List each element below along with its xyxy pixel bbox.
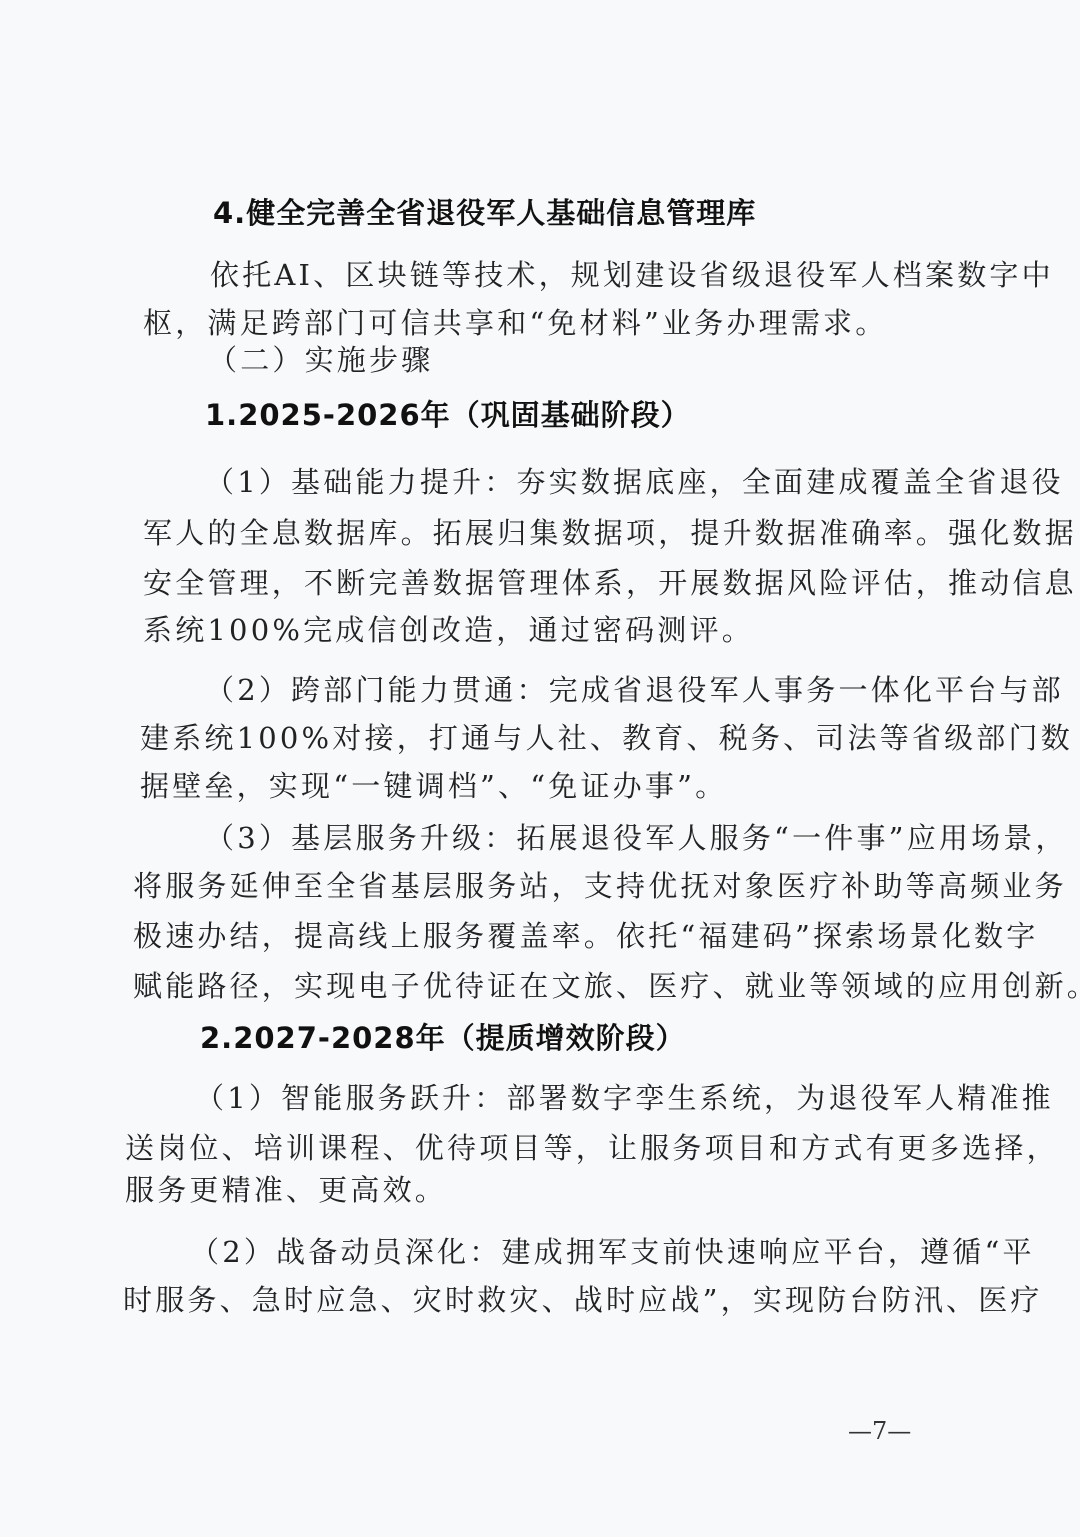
paragraph-line: （2）战备动员深化：建成拥军支前快速响应平台，遵循“平 <box>190 1232 1035 1272</box>
paragraph-line: 依托AI、区块链等技术，规划建设省级退役军人档案数字中 <box>210 255 1054 295</box>
section-heading-4: 4.健全完善全省退役军人基础信息管理库 <box>213 193 756 233</box>
phase-heading-2: 2.2027-2028年（提质增效阶段） <box>200 1018 686 1058</box>
paragraph-line: 安全管理，不断完善数据管理体系，开展数据风险评估，推动信息 <box>143 563 1077 603</box>
paragraph-line: （2）跨部门能力贯通：完成省退役军人事务一体化平台与部 <box>205 670 1064 710</box>
paragraph-line: （1）智能服务跃升：部署数字孪生系统，为退役军人精准推 <box>195 1078 1054 1118</box>
paragraph-line: （1）基础能力提升：夯实数据底座，全面建成覆盖全省退役 <box>205 462 1064 502</box>
page-number: —7— <box>848 1416 911 1446</box>
paragraph-line: 时服务、急时应急、灾时救灾、战时应战”，实现防台防汛、医疗 <box>123 1280 1043 1320</box>
paragraph-line: 系统100%完成信创改造，通过密码测评。 <box>143 610 754 650</box>
paragraph-line: 军人的全息数据库。拓展归集数据项，提升数据准确率。强化数据 <box>143 513 1077 553</box>
paragraph-line: 据壁垒，实现“一键调档”、“免证办事”。 <box>140 766 727 806</box>
paragraph-line: （3）基层服务升级：拓展退役军人服务“一件事”应用场景， <box>205 818 1068 858</box>
paragraph-line: 将服务延伸至全省基层服务站，支持优抚对象医疗补助等高频业务 <box>133 866 1067 906</box>
paragraph-line: 极速办结，提高线上服务覆盖率。依托“福建码”探索场景化数字 <box>133 916 1038 956</box>
paragraph-line: 送岗位、培训课程、优待项目等，让服务项目和方式有更多选择， <box>125 1128 1059 1168</box>
phase-heading-1: 1.2025-2026年（巩固基础阶段） <box>205 395 691 435</box>
paragraph-line: 枢，满足跨部门可信共享和“免材料”业务办理需求。 <box>143 303 887 343</box>
paragraph-line: 赋能路径，实现电子优待证在文旅、医疗、就业等领域的应用创新。 <box>133 966 1080 1006</box>
paragraph-line: 服务更精准、更高效。 <box>125 1170 447 1210</box>
subsection-title: （二）实施步骤 <box>208 340 433 380</box>
paragraph-line: 建系统100%对接，打通与人社、教育、税务、司法等省级部门数 <box>140 718 1073 758</box>
document-page: 4.健全完善全省退役军人基础信息管理库 依托AI、区块链等技术，规划建设省级退役… <box>0 0 1080 1537</box>
